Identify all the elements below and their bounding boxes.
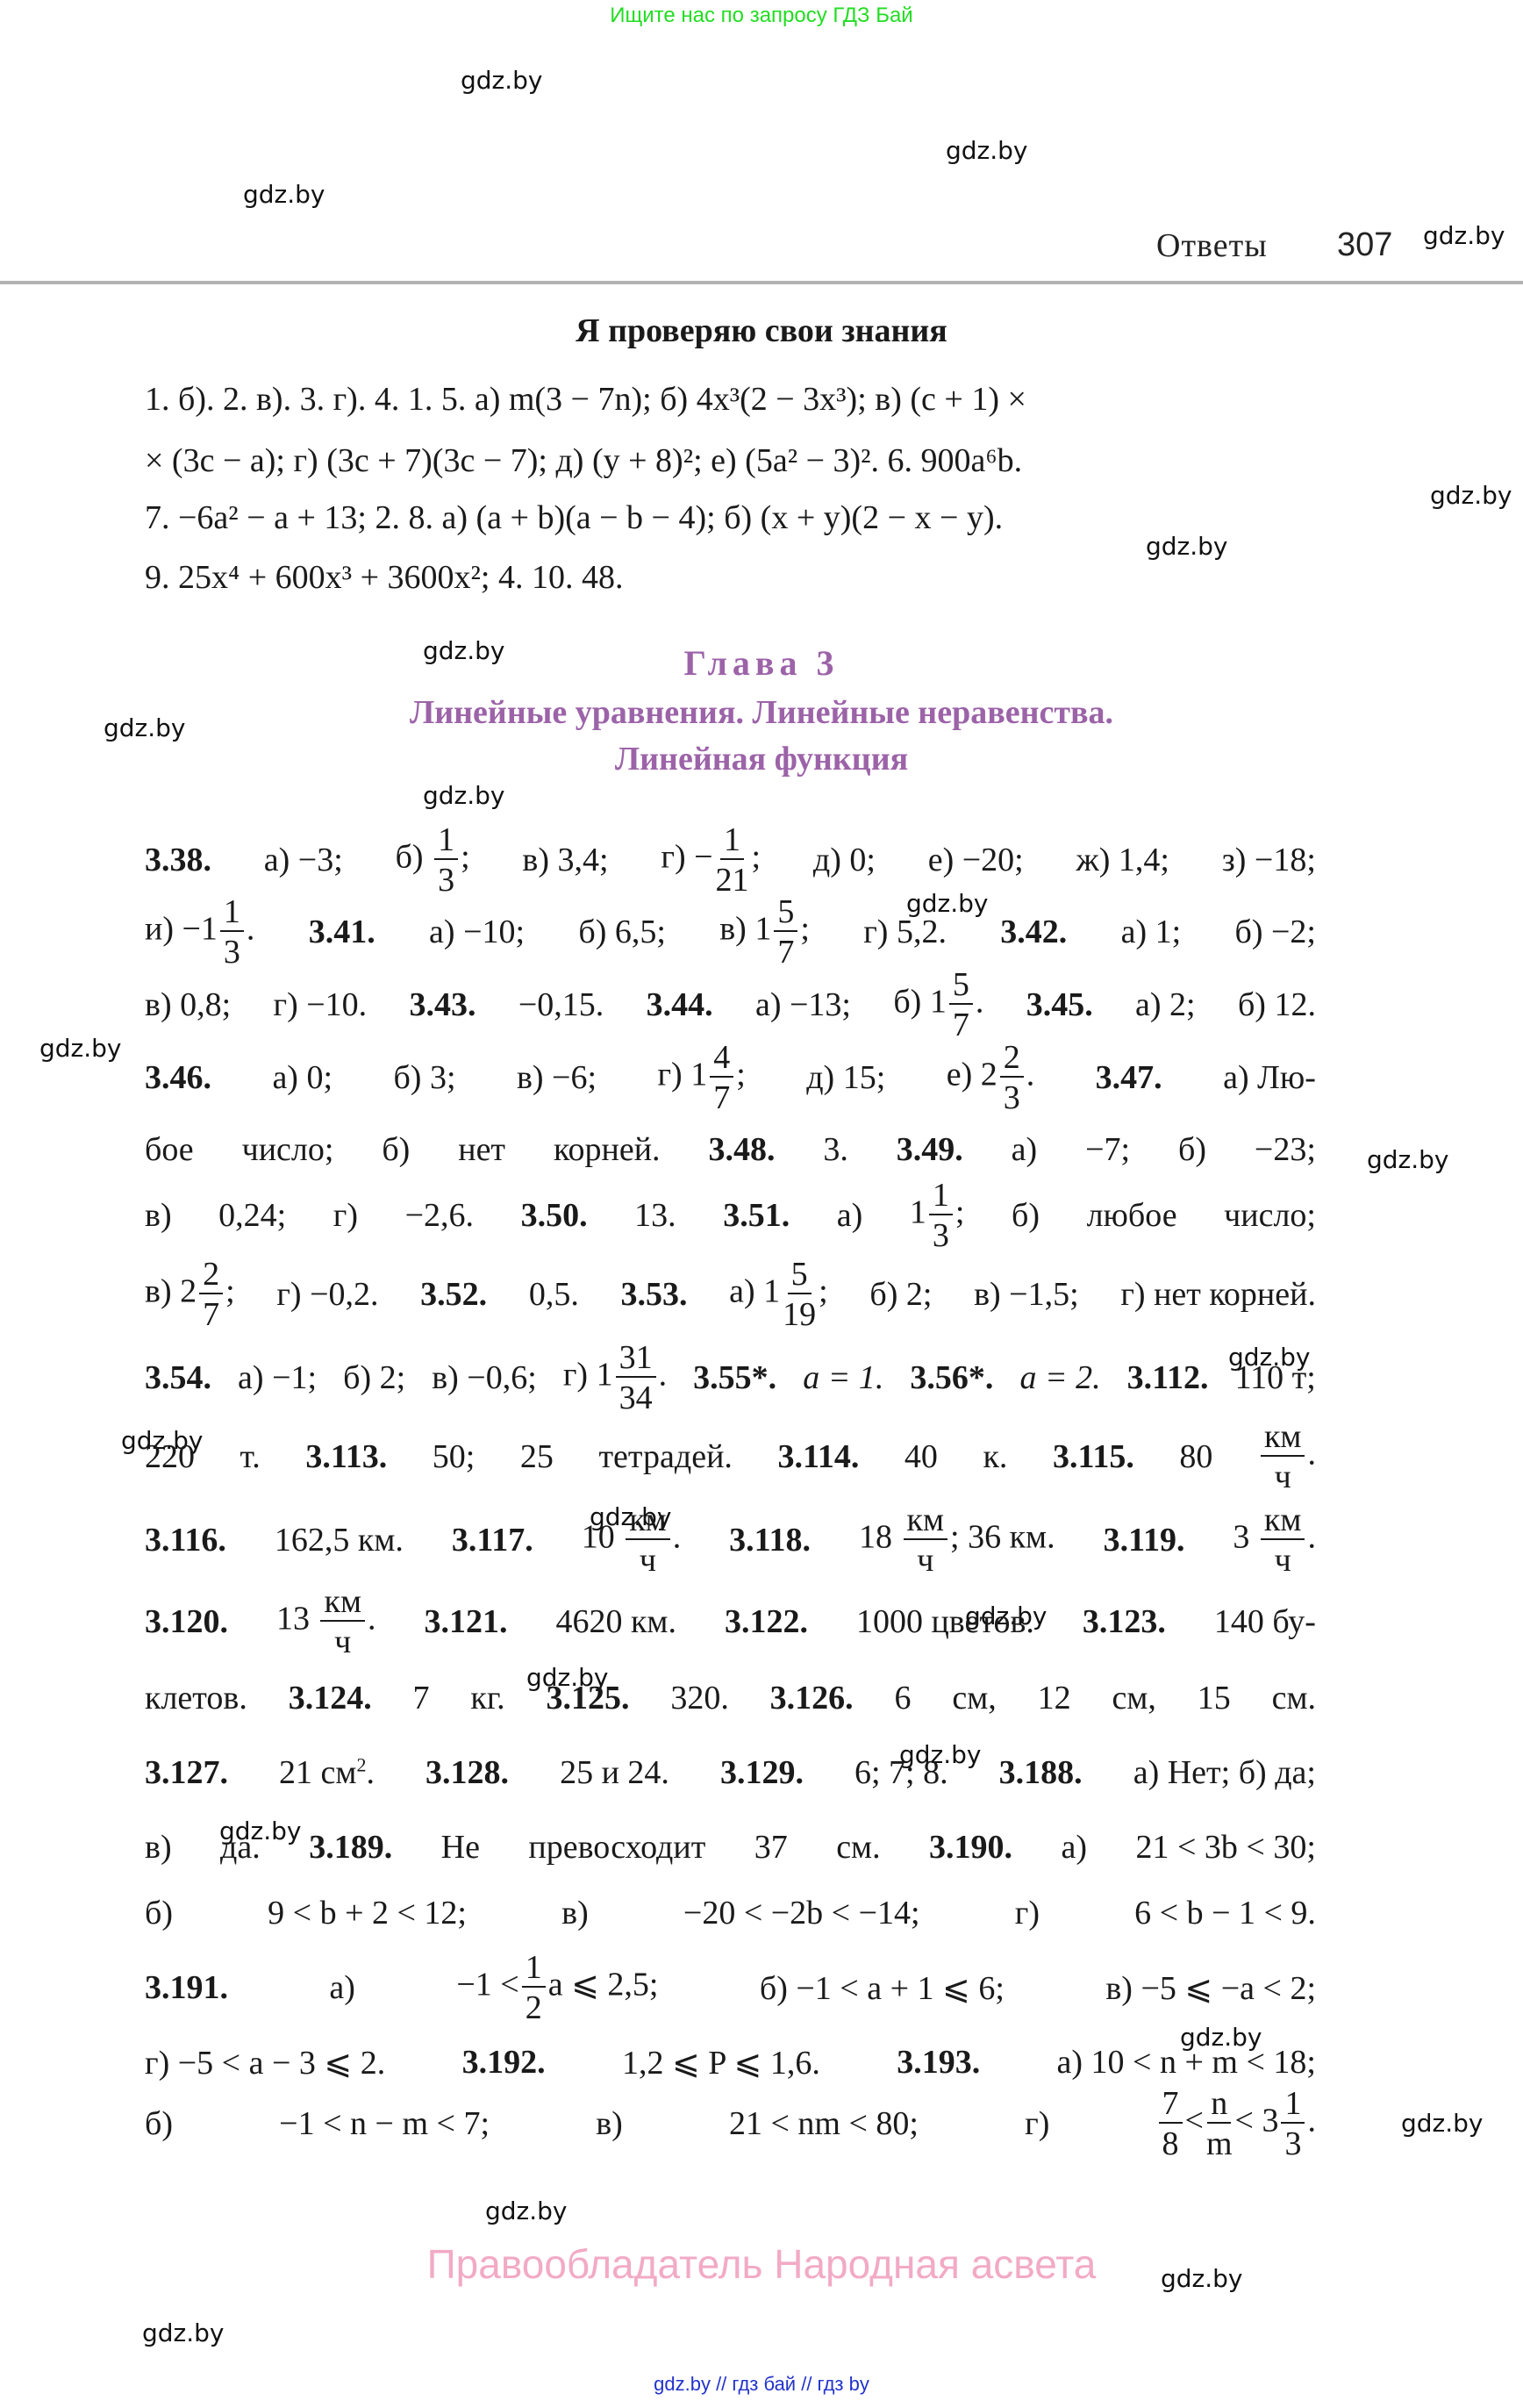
answer-line: в) 227; г) −0,2. 3.52. 0,5. 3.53. а) 151…: [145, 1268, 1316, 1321]
answer-text: 15: [1198, 1679, 1231, 1717]
section-title: Я проверяю свои знания: [0, 312, 1523, 350]
fraction: 121: [716, 823, 749, 897]
answer-text: б): [145, 1894, 173, 1932]
exercise-number: 3.189.: [309, 1828, 392, 1867]
answer-text: см,: [952, 1679, 996, 1717]
answer-text: 6: [895, 1679, 912, 1717]
answer-text: 21 < 3b < 30;: [1135, 1828, 1315, 1867]
exercise-number: 3.120.: [145, 1602, 228, 1641]
running-title: Ответы: [1156, 226, 1268, 265]
exercise-number: 3.116.: [145, 1521, 226, 1559]
answer-line: б) −1 < n − m < 7; в) 21 < nm < 80; г) 7…: [145, 2097, 1316, 2150]
answer-text: а) −1;: [238, 1358, 317, 1397]
answer-text: а): [1012, 1130, 1038, 1169]
answer-text: 6; 7; 8.: [854, 1753, 948, 1792]
unit-fraction: кмч: [626, 1503, 670, 1577]
answer-text: а) Нет; б) да;: [1133, 1753, 1316, 1792]
watermark: gdz.by: [423, 781, 505, 810]
answer-text: а) Лю-: [1223, 1058, 1316, 1097]
watermark: gdz.by: [1423, 221, 1505, 250]
answer-line: × (3c − a); г) (3c + 7)(3c − 7); д) (y +…: [145, 434, 1316, 487]
answer-text: 162,5 км.: [275, 1521, 404, 1559]
fraction: 57: [949, 968, 973, 1042]
answer-text: а) 10 < n + m < 18;: [1057, 2043, 1316, 2082]
chapter-title: Линейные уравнения. Линейные неравенства…: [0, 693, 1523, 732]
answer-text: кг.: [470, 1679, 504, 1717]
answer-text: 25 и 24.: [560, 1753, 669, 1792]
answer-text: б) 13;: [396, 823, 470, 897]
watermark: gdz.by: [243, 180, 325, 209]
answer-line: клетов. 3.124. 7 кг. 3.125. 320. 3.126. …: [145, 1672, 1316, 1724]
fraction: 519: [783, 1258, 816, 1331]
answer-text: 50;: [433, 1437, 475, 1476]
answer-text: 1000 цветов.: [856, 1602, 1034, 1641]
exercise-number: 3.42.: [1000, 913, 1067, 951]
chapter-subtitle: Линейная функция: [0, 740, 1523, 778]
answer-text: 13 кмч.: [276, 1585, 376, 1659]
answer-text: е) −20;: [928, 841, 1024, 879]
fraction: 47: [710, 1041, 733, 1114]
answer-text: −1 <12a ⩽ 2,5;: [456, 1951, 658, 2025]
answer-text: 1,2 ⩽ P ⩽ 1,6.: [622, 2043, 820, 2082]
exercise-number: 3.115.: [1053, 1437, 1134, 1476]
exercise-number: 3.117.: [452, 1521, 533, 1559]
exercise-number: 3.129.: [720, 1753, 804, 1792]
answer-text: кмч.: [1258, 1420, 1316, 1494]
answer-text: в) −0,6;: [432, 1358, 537, 1397]
answer-text: а) −3;: [264, 841, 343, 879]
unit-fraction: кмч: [1261, 1503, 1305, 1577]
answer-line: в) 0,24; г) −2,6. 3.50. 13. 3.51. а) 113…: [145, 1189, 1316, 1242]
exercise-number: 3.50.: [521, 1196, 588, 1235]
answer-text: см.: [836, 1828, 880, 1867]
exercise-number: 3.52.: [420, 1275, 487, 1314]
fraction: 13: [929, 1179, 953, 1252]
answer-text: г) −121;: [661, 823, 761, 897]
answer-text: а) 2;: [1135, 985, 1196, 1024]
answer-text: г) нет корней.: [1120, 1275, 1316, 1314]
exercise-number: 3.123.: [1083, 1602, 1166, 1641]
exercise-number: 3.113.: [305, 1437, 387, 1476]
answer-text: −0,15.: [518, 985, 604, 1024]
fraction: 13: [434, 823, 458, 897]
fraction: 12: [522, 1951, 546, 2025]
answer-text: 12: [1038, 1679, 1071, 1717]
answer-text: −7;: [1085, 1130, 1130, 1169]
answer-text: б): [382, 1130, 410, 1169]
answer-text: б) −1 < a + 1 ⩽ 6;: [760, 1968, 1005, 2008]
answer-text: а): [837, 1196, 863, 1235]
exercise-number: 3.114.: [777, 1437, 859, 1476]
answer-text: да.: [220, 1828, 261, 1867]
answer-text: нет: [458, 1130, 505, 1169]
answer-text: число;: [242, 1130, 334, 1169]
answer-text: в) −6;: [517, 1058, 597, 1097]
answer-text: г): [1025, 2104, 1049, 2143]
exercise-number: 3.53.: [620, 1275, 687, 1314]
exercise-number: 3.47.: [1096, 1058, 1162, 1097]
exercise-number: 3.121.: [424, 1602, 507, 1641]
answer-text: и) −113.: [145, 895, 254, 969]
answer-text: корней.: [554, 1130, 661, 1169]
answer-text: −1 < n − m < 7;: [279, 2104, 490, 2143]
answer-text: д) 15;: [806, 1058, 885, 1097]
answer-text: −23;: [1255, 1130, 1316, 1169]
exercise-number: 3.48.: [708, 1130, 775, 1169]
answer-text: 10 кмч.: [582, 1503, 682, 1577]
search-hint-note: Ищите нас по запросу ГДЗ Бай: [0, 4, 1523, 28]
answer-text: см.: [1272, 1679, 1316, 1717]
unit-fraction: кмч: [904, 1503, 948, 1577]
answer-line: и) −113. 3.41. а) −10; б) 6,5; в) 157; г…: [145, 906, 1316, 958]
exercise-number: 3.45.: [1026, 985, 1093, 1024]
exercise-number: 3.38.: [145, 841, 211, 879]
answer-text: 110 т;: [1235, 1358, 1316, 1397]
answer-text: 4620 км.: [555, 1602, 676, 1641]
answer-text: a = 2.: [1019, 1358, 1100, 1397]
answer-line: 3.120. 13 кмч. 3.121. 4620 км. 3.122. 10…: [145, 1595, 1316, 1648]
exercise-number: 3.125.: [546, 1679, 629, 1717]
answer-text: б) 2;: [343, 1358, 405, 1397]
answer-line: бое число; б) нет корней. 3.48. 3. 3.49.…: [145, 1123, 1316, 1176]
answer-text: 3 кмч.: [1233, 1503, 1316, 1577]
answer-line: 7. −6a² − a + 13; 2. 8. а) (a + b)(a − b…: [145, 491, 1316, 544]
exercise-number: 3.128.: [425, 1753, 509, 1792]
answer-text: б) 12.: [1238, 985, 1316, 1024]
exercise-number: 3.112.: [1127, 1358, 1209, 1397]
answer-text: см,: [1112, 1679, 1155, 1717]
exercise-number: 3.126.: [770, 1679, 854, 1717]
exercise-number: 3.51.: [723, 1196, 790, 1235]
copyright-notice: Правообладатель Народная асвета: [0, 2240, 1523, 2288]
answer-text: г) −10.: [274, 985, 368, 1024]
answer-text: т.: [240, 1437, 261, 1476]
answer-text: 25: [520, 1437, 554, 1476]
exercise-number: 3.124.: [289, 1679, 372, 1717]
answer-line: 220 т. 3.113. 50; 25 тетрадей. 3.114. 40…: [145, 1430, 1316, 1483]
answer-text: в): [145, 1828, 172, 1867]
answer-text: 78<nm< 313.: [1156, 2087, 1316, 2161]
unit-fraction: кмч: [320, 1585, 365, 1659]
answer-line: 1. б). 2. в). 3. г). 4. 1. 5. а) m(3 − 7…: [145, 373, 1316, 426]
answer-text: г): [1015, 1894, 1040, 1932]
answer-text: 18 кмч; 36 км.: [859, 1503, 1055, 1577]
footer-links: gdz.by // гдз бай // гдз by: [0, 2373, 1523, 2396]
answer-line: 3.191. а) −1 <12a ⩽ 2,5; б) −1 < a + 1 ⩽…: [145, 1961, 1316, 2014]
answer-text: 21 < nm < 80;: [729, 2104, 919, 2143]
answer-text: з) −18;: [1222, 841, 1316, 879]
fraction: 27: [199, 1258, 223, 1331]
answer-text: г) 147;: [657, 1041, 745, 1114]
answer-text: 21 см2.: [279, 1753, 375, 1792]
answer-text: б) 2;: [869, 1275, 932, 1314]
exercise-number: 3.41.: [309, 913, 375, 951]
answer-line: 3.116. 162,5 км. 3.117. 10 кмч. 3.118. 1…: [145, 1514, 1316, 1566]
answer-text: −20 < −2b < −14;: [683, 1894, 920, 1932]
answer-text: г) −0,2.: [276, 1275, 378, 1314]
answer-text: а) 1519;: [729, 1258, 828, 1331]
answer-line: 3.54. а) −1; б) 2; в) −0,6; г) 13134. 3.…: [145, 1351, 1316, 1404]
answer-text: а) −10;: [429, 913, 525, 951]
answer-text: в) 0,8;: [145, 985, 231, 1024]
exercise-number: 3.56*.: [910, 1358, 993, 1397]
fraction: 78: [1159, 2087, 1183, 2161]
answer-text: в): [561, 1894, 589, 1932]
answer-text: 6 < b − 1 < 9.: [1134, 1894, 1316, 1932]
answer-line: 3.127. 21 см2. 3.128. 25 и 24. 3.129. 6;…: [145, 1746, 1316, 1799]
answer-text: г) 13134.: [563, 1341, 667, 1415]
answer-text: б): [1012, 1196, 1040, 1235]
exercise-number: 3.49.: [897, 1130, 963, 1169]
fraction: 23: [1000, 1041, 1024, 1114]
answer-text: 320.: [670, 1679, 729, 1717]
answer-text: тетрадей.: [598, 1437, 732, 1476]
answer-text: 9 < b + 2 < 12;: [268, 1894, 467, 1932]
answer-text: к.: [983, 1437, 1007, 1476]
answer-text: в): [596, 2104, 623, 2143]
answer-line: б) 9 < b + 2 < 12; в) −20 < −2b < −14; г…: [145, 1887, 1316, 1939]
exercise-number: 3.55*.: [693, 1358, 776, 1397]
answer-text: г) −5 < a − 3 ⩽ 2.: [145, 2043, 385, 2082]
watermark: gdz.by: [461, 66, 543, 95]
watermark: gdz.by: [946, 136, 1028, 165]
answer-text: a = 1.: [803, 1358, 883, 1397]
exercise-number: 3.188.: [999, 1753, 1083, 1792]
fraction: 3134: [616, 1341, 656, 1415]
answer-line: 3.38. а) −3; б) 13; в) 3,4; г) −121; д) …: [145, 834, 1316, 886]
answer-text: 0,24;: [218, 1196, 286, 1235]
answer-text: б): [145, 2104, 173, 2143]
answer-line: в) да. 3.189. Не превосходит 37 см. 3.19…: [145, 1821, 1316, 1874]
answer-text: 0,5.: [529, 1275, 579, 1314]
answer-text: а) 0;: [272, 1058, 332, 1097]
exercise-number: 3.118.: [729, 1521, 811, 1559]
answer-text: 3.: [823, 1130, 848, 1169]
fraction: nm: [1206, 2087, 1233, 2161]
answer-text: б) −2;: [1234, 913, 1315, 951]
fraction: 57: [774, 895, 797, 969]
answer-text: ж) 1,4;: [1076, 841, 1169, 879]
answer-text: 37: [754, 1828, 788, 1867]
answer-text: в) 157;: [719, 895, 810, 969]
answer-line: 9. 25x⁴ + 600x³ + 3600x²; 4. 10. 48.: [145, 551, 1316, 604]
answer-text: е) 223.: [947, 1041, 1035, 1114]
exercise-number: 3.192.: [462, 2043, 546, 2082]
answer-text: в) −5 ⩽ −a < 2;: [1105, 1968, 1316, 2008]
answer-text: в): [145, 1196, 172, 1235]
exercise-number: 3.46.: [145, 1058, 211, 1097]
answer-line: 3.46. а) 0; б) 3; в) −6; г) 147; д) 15; …: [145, 1051, 1316, 1104]
answer-text: 7: [413, 1679, 430, 1717]
watermark: gdz.by: [1401, 2109, 1484, 2138]
answer-text: 40: [905, 1437, 938, 1476]
exercise-number: 3.191.: [145, 1968, 228, 2007]
answer-text: любое: [1087, 1196, 1177, 1235]
answer-text: −2,6.: [405, 1196, 474, 1235]
answer-text: б): [1178, 1130, 1206, 1169]
watermark: gdz.by: [485, 2197, 568, 2225]
exercise-number: 3.190.: [929, 1828, 1012, 1867]
answer-line: в) 0,8; г) −10. 3.43. −0,15. 3.44. а) −1…: [145, 978, 1316, 1031]
answer-text: 140 бу-: [1214, 1602, 1316, 1641]
page-number: 307: [1337, 226, 1392, 264]
answer-text: бое: [145, 1130, 194, 1169]
answer-line: г) −5 < a − 3 ⩽ 2. 3.192. 1,2 ⩽ P ⩽ 1,6.…: [145, 2036, 1316, 2089]
watermark: gdz.by: [1430, 481, 1512, 510]
answer-text: б) 157.: [893, 968, 983, 1042]
exercise-number: 3.43.: [410, 985, 476, 1024]
answer-text: превосходит: [528, 1828, 705, 1867]
answer-text: б) 6,5;: [578, 913, 666, 951]
answer-text: в) −1,5;: [974, 1275, 1079, 1314]
unit-fraction: кмч: [1261, 1420, 1305, 1494]
answer-text: 13.: [634, 1196, 676, 1235]
answer-text: число;: [1224, 1196, 1316, 1235]
exercise-number: 3.44.: [647, 985, 713, 1024]
exercise-number: 3.193.: [897, 2043, 980, 2082]
answer-text: а) −13;: [755, 985, 851, 1024]
answer-text: а) 1;: [1121, 913, 1182, 951]
answer-text: а): [329, 1968, 355, 2007]
watermark: gdz.by: [1367, 1145, 1449, 1174]
watermark: gdz.by: [39, 1034, 122, 1063]
answer-text: 80: [1179, 1437, 1212, 1476]
exercise-number: 3.119.: [1104, 1521, 1185, 1559]
fraction: 13: [220, 895, 244, 969]
header-divider: [0, 281, 1523, 284]
fraction: 13: [1281, 2087, 1305, 2161]
answer-text: 113;: [910, 1179, 965, 1252]
answer-text: Не: [441, 1828, 480, 1867]
answer-text: клетов.: [145, 1679, 247, 1717]
exercise-number: 3.127.: [145, 1753, 228, 1792]
answer-text: д) 0;: [813, 841, 876, 879]
watermark: gdz.by: [142, 2318, 225, 2347]
answer-text: г) 5,2.: [863, 913, 947, 951]
exercise-number: 3.54.: [145, 1358, 211, 1397]
answer-text: г): [333, 1196, 358, 1235]
answer-text: б) 3;: [393, 1058, 455, 1097]
answer-text: а): [1061, 1828, 1087, 1867]
answer-text: в) 227;: [145, 1258, 235, 1331]
answer-text: 220: [145, 1437, 195, 1476]
chapter-number: Глава 3: [0, 642, 1523, 684]
exercise-number: 3.122.: [725, 1602, 808, 1641]
answer-text: в) 3,4;: [522, 841, 608, 879]
